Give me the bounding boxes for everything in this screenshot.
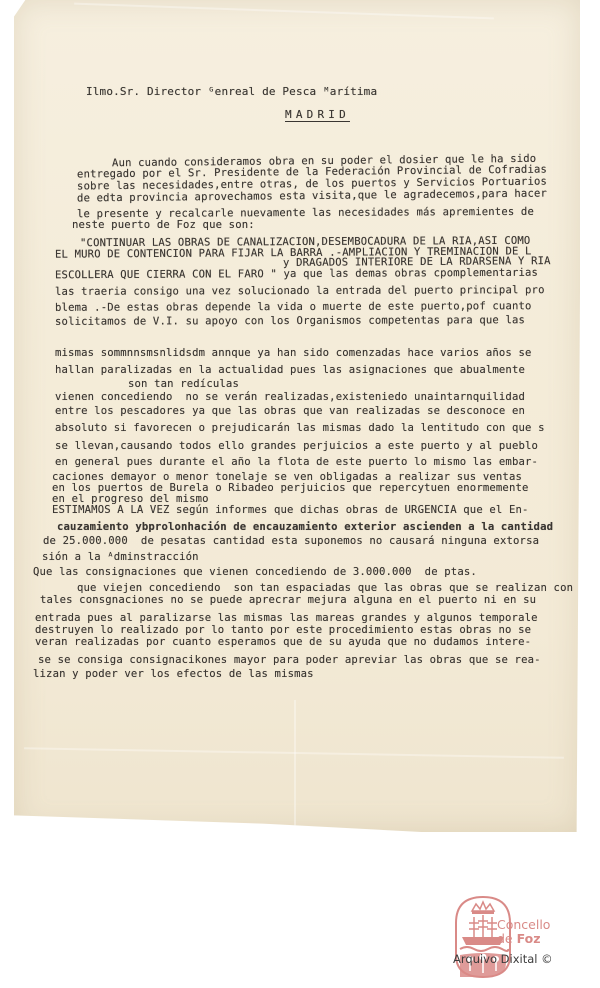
text-line: hallan paralizadas en la actualidad pues… (55, 364, 525, 376)
text-line: tales consgnaciones no se puede aprecrar… (40, 594, 536, 606)
org-name-prefix: de (497, 931, 517, 946)
text-line: se llevan,causando todos ello grandes pe… (55, 440, 538, 452)
addressee: Ilmo.Sr. Director ᴳenreal de Pesca ᴹarít… (86, 86, 377, 98)
org-name-line2: de Foz (497, 932, 550, 946)
text-line: se se consiga consignacikones mayor para… (38, 654, 541, 666)
text-line: de 25.000.000 de pesatas cantidad esta s… (43, 535, 539, 547)
org-name-line1: Concello (497, 918, 550, 932)
text-line: blema .-De estas obras depende la vida o… (55, 300, 532, 314)
text-line: vienen concediendo no se verán realizada… (55, 391, 525, 403)
text-line: que viejen concediendo son tan espaciada… (77, 582, 573, 594)
text-line: neste puerto de Foz que son: (72, 219, 255, 231)
text-line: son tan redículas (128, 378, 239, 390)
text-line: sión a la ᴬdminstracción (42, 551, 199, 563)
text-line: mismas sommnnsmsnlidsdm annque ya han si… (55, 347, 532, 359)
watermark-org-name: Concello de Foz (497, 918, 550, 946)
paper-crease (74, 3, 494, 20)
text-line: Que las consignaciones que vienen conced… (33, 566, 477, 578)
city-heading: MADRID (285, 109, 350, 121)
paper-crease (294, 700, 296, 830)
text-line: entrada pues al paralizarse las mismas l… (35, 612, 538, 624)
text-line: destruyen lo realizado por lo tanto por … (35, 624, 531, 636)
text-line: veran realizadas por cuanto esperamos qu… (35, 636, 531, 648)
archive-label: Arquivo Dixital © (453, 952, 553, 966)
text-line: solicitamos de V.I. su apoyo con los Org… (55, 314, 525, 328)
text-line: entre los pescadores ya que las obras qu… (55, 405, 525, 417)
text-line: lizan y poder ver los efectos de las mis… (33, 668, 314, 680)
text-line: en general pues durante el año la flota … (55, 456, 538, 468)
text-line: cauzamiento ybprolonhación de encauzamie… (57, 521, 553, 533)
text-line: absoluto si favorecen o prejudicarán las… (55, 422, 545, 434)
text-line: ESCOLLERA QUE CIERRA CON EL FARO " ya qu… (55, 267, 538, 282)
org-name-bold: Foz (517, 931, 541, 946)
text-line: las traeria consigo una vez solucionado … (55, 284, 545, 298)
text-line: ESTIMAMOS A LA VEZ según informes que di… (52, 504, 529, 516)
